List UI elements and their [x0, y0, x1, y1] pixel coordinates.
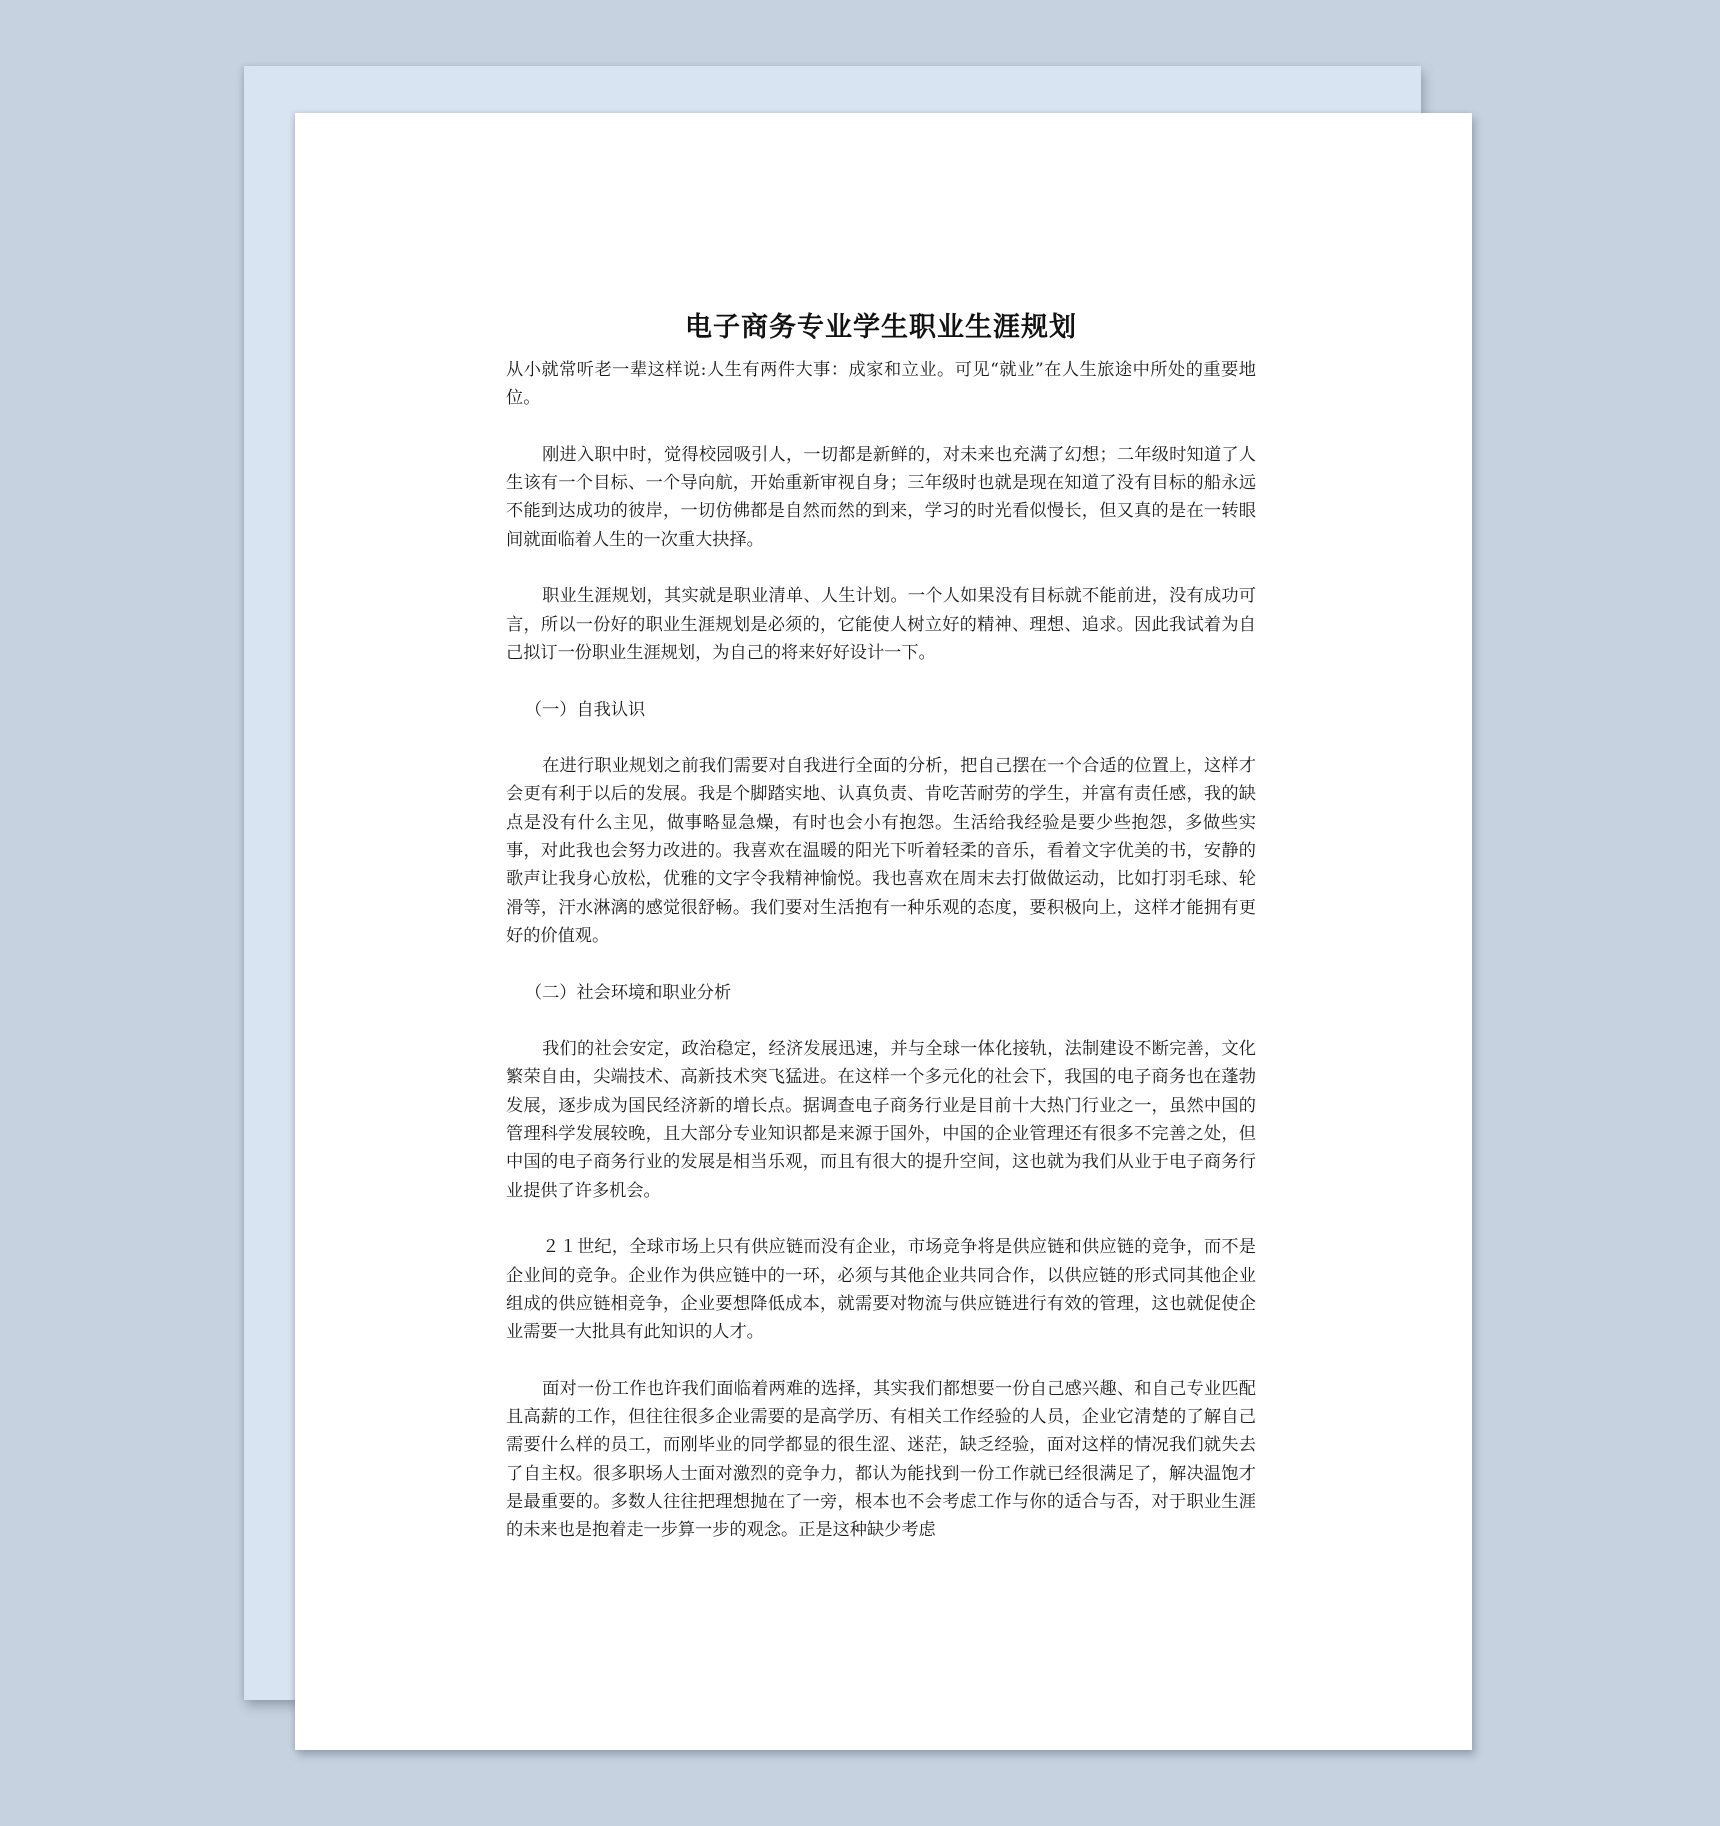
section-heading-social-environment: （二）社会环境和职业分析 — [506, 979, 1256, 1007]
paragraph-job-choice: 面对一份工作也许我们面临着两难的选择，其实我们都想要一份自己感兴趣、和自己专业匹… — [506, 1375, 1256, 1545]
document-title: 电子商务专业学生职业生涯规划 — [506, 306, 1256, 350]
section-heading-self-awareness: （一）自我认识 — [506, 696, 1256, 724]
document-page: 电子商务专业学生职业生涯规划 从小就常听老一辈这样说:人生有两件大事：成家和立业… — [295, 113, 1472, 1750]
paragraph-school-years: 刚进入职中时，觉得校园吸引人，一切都是新鲜的，对未来也充满了幻想；二年级时知道了… — [506, 441, 1256, 554]
paragraph-intro: 从小就常听老一辈这样说:人生有两件大事：成家和立业。可见“就业”在人生旅途中所处… — [506, 356, 1256, 413]
paragraph-social-analysis: 我们的社会安定，政治稳定，经济发展迅速，并与全球一体化接轨，法制建设不断完善，文… — [506, 1035, 1256, 1205]
paragraph-career-planning: 职业生涯规划，其实就是职业清单、人生计划。一个人如果没有目标就不能前进，没有成功… — [506, 582, 1256, 667]
paragraph-supply-chain: ２１世纪，全球市场上只有供应链而没有企业，市场竞争将是供应链和供应链的竞争，而不… — [506, 1233, 1256, 1346]
document-content: 电子商务专业学生职业生涯规划 从小就常听老一辈这样说:人生有两件大事：成家和立业… — [506, 306, 1256, 1573]
paragraph-self-analysis: 在进行职业规划之前我们需要对自我进行全面的分析，把自己摆在一个合适的位置上，这样… — [506, 752, 1256, 950]
